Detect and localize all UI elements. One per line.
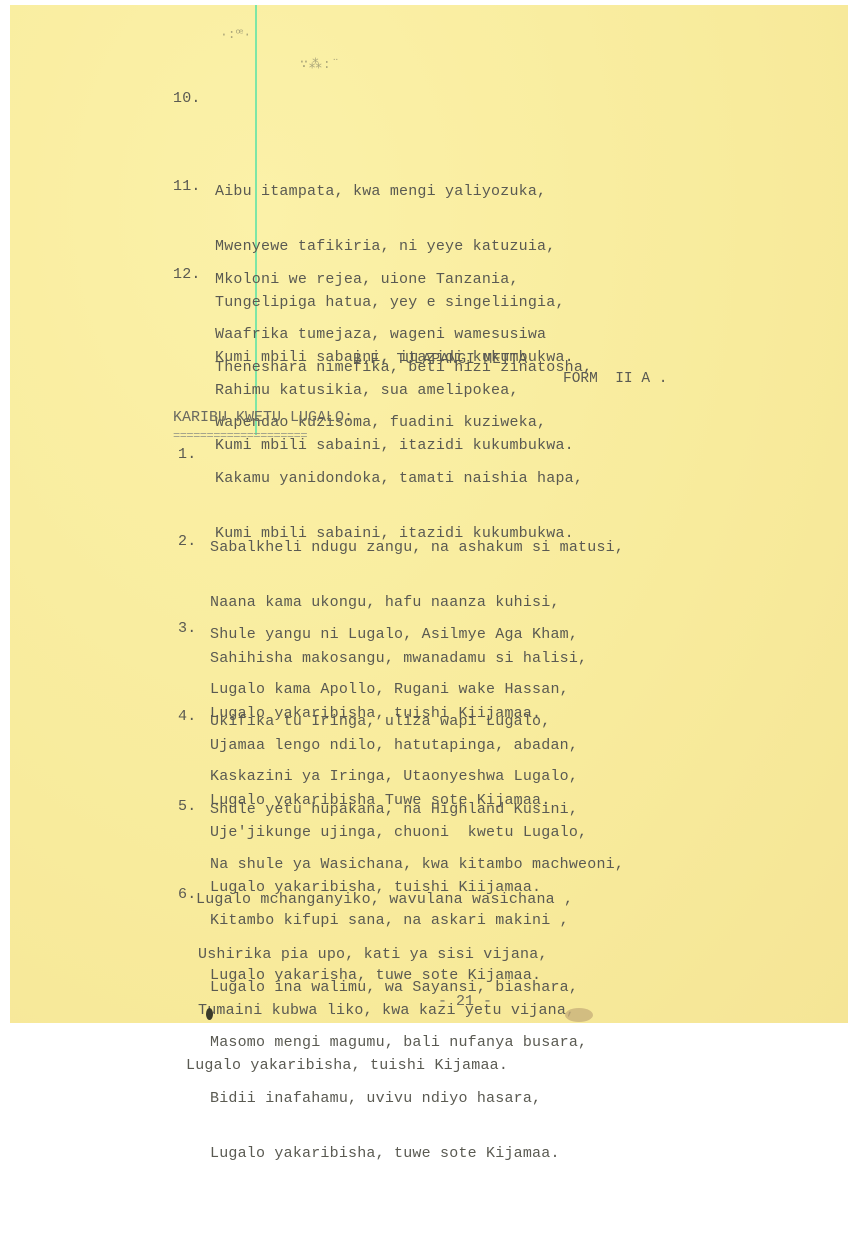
verse-number: 12. bbox=[173, 266, 201, 285]
ink-smudge: ·:ꟹ· bbox=[220, 27, 251, 42]
author-name: B.F. TULAPANGI METTA bbox=[353, 352, 527, 368]
ink-smudge: ∵⁂:¨ bbox=[300, 57, 340, 72]
paper-stain bbox=[565, 1008, 593, 1022]
author-class: FORM II A . bbox=[563, 371, 667, 387]
verse-number: 1. bbox=[178, 446, 196, 465]
document-page: ·:ꟹ· ∵⁂:¨ 10. Aibu itampata, kwa mengi y… bbox=[10, 5, 848, 1023]
verse-number: 3. bbox=[178, 620, 196, 639]
verse-number: 4. bbox=[178, 708, 196, 727]
poem-title: KARIBU KWETU LUGALO: bbox=[173, 409, 353, 426]
verse-number: 5. bbox=[178, 798, 196, 817]
verse-number: 6. bbox=[178, 886, 196, 905]
verse-number: 10. bbox=[173, 90, 201, 109]
ink-blot bbox=[206, 1008, 213, 1020]
verse-6: 6. Lugalo ina walimu, wa Sayansi, biasha… bbox=[178, 886, 587, 1023]
verse-number: 2. bbox=[178, 533, 196, 552]
verse-line: Lugalo ina walimu, wa Sayansi, biashara, bbox=[210, 979, 587, 998]
verse-number: 11. bbox=[173, 178, 201, 197]
title-underline: ==================== bbox=[173, 429, 307, 443]
page-number: - 21 - bbox=[438, 993, 492, 1010]
